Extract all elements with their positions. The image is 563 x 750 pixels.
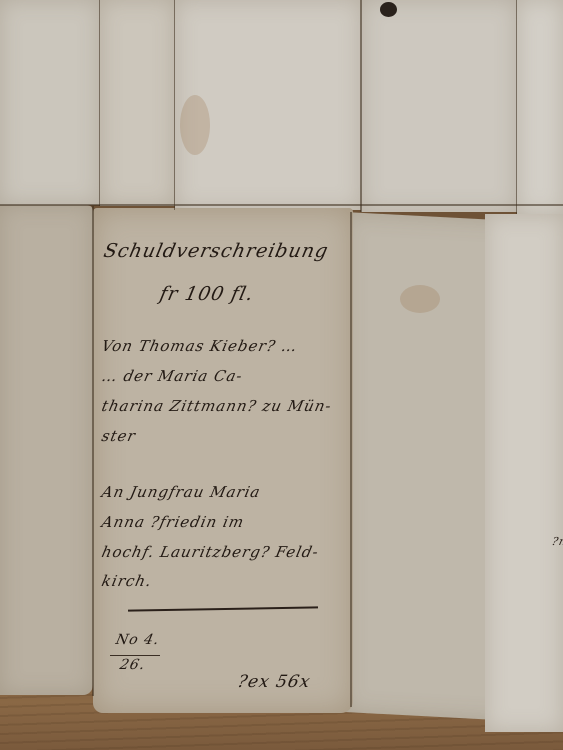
fold-line [92,206,94,696]
top-fold-panel-4 [361,0,517,212]
fold-line [360,0,362,212]
signature: ?ex 56x [236,672,313,692]
document-subnumber: 26. [118,657,147,673]
top-fold-panel-5 [517,0,563,214]
document-title: Schuldverschreibung [102,240,331,262]
left-panel [0,205,93,695]
stain [180,95,210,155]
document-photo: Schuldverschreibung fr 100 fl. Von Thoma… [0,0,563,750]
document-number: No 4. [114,632,161,648]
fold-line [174,0,175,210]
top-fold-panel-1 [0,0,100,205]
body-line: kirch. [100,572,154,590]
number-underline [110,655,160,656]
document-amount: fr 100 fl. [158,283,256,305]
fold-line [99,0,100,206]
body-line: Von Thomas Kieber? … [100,337,299,355]
body-line: tharina Zittmann? zu Mün- [100,397,333,415]
far-right-panel [485,214,563,732]
ink-blot [380,2,397,17]
stain [400,285,440,313]
fold-line [516,0,517,214]
body-line: Anna ?friedin im [100,513,246,531]
body-line: … der Maria Ca- [100,367,244,385]
horizontal-fold [0,204,563,206]
edge-fragment: ?n a e [551,536,563,548]
body-line: An Jungfrau Maria [100,483,262,501]
body-line: ster [100,427,138,445]
top-fold-panel-2 [100,0,175,206]
fold-line [350,212,352,707]
body-line: hochf. Lauritzberg? Feld- [100,543,321,561]
